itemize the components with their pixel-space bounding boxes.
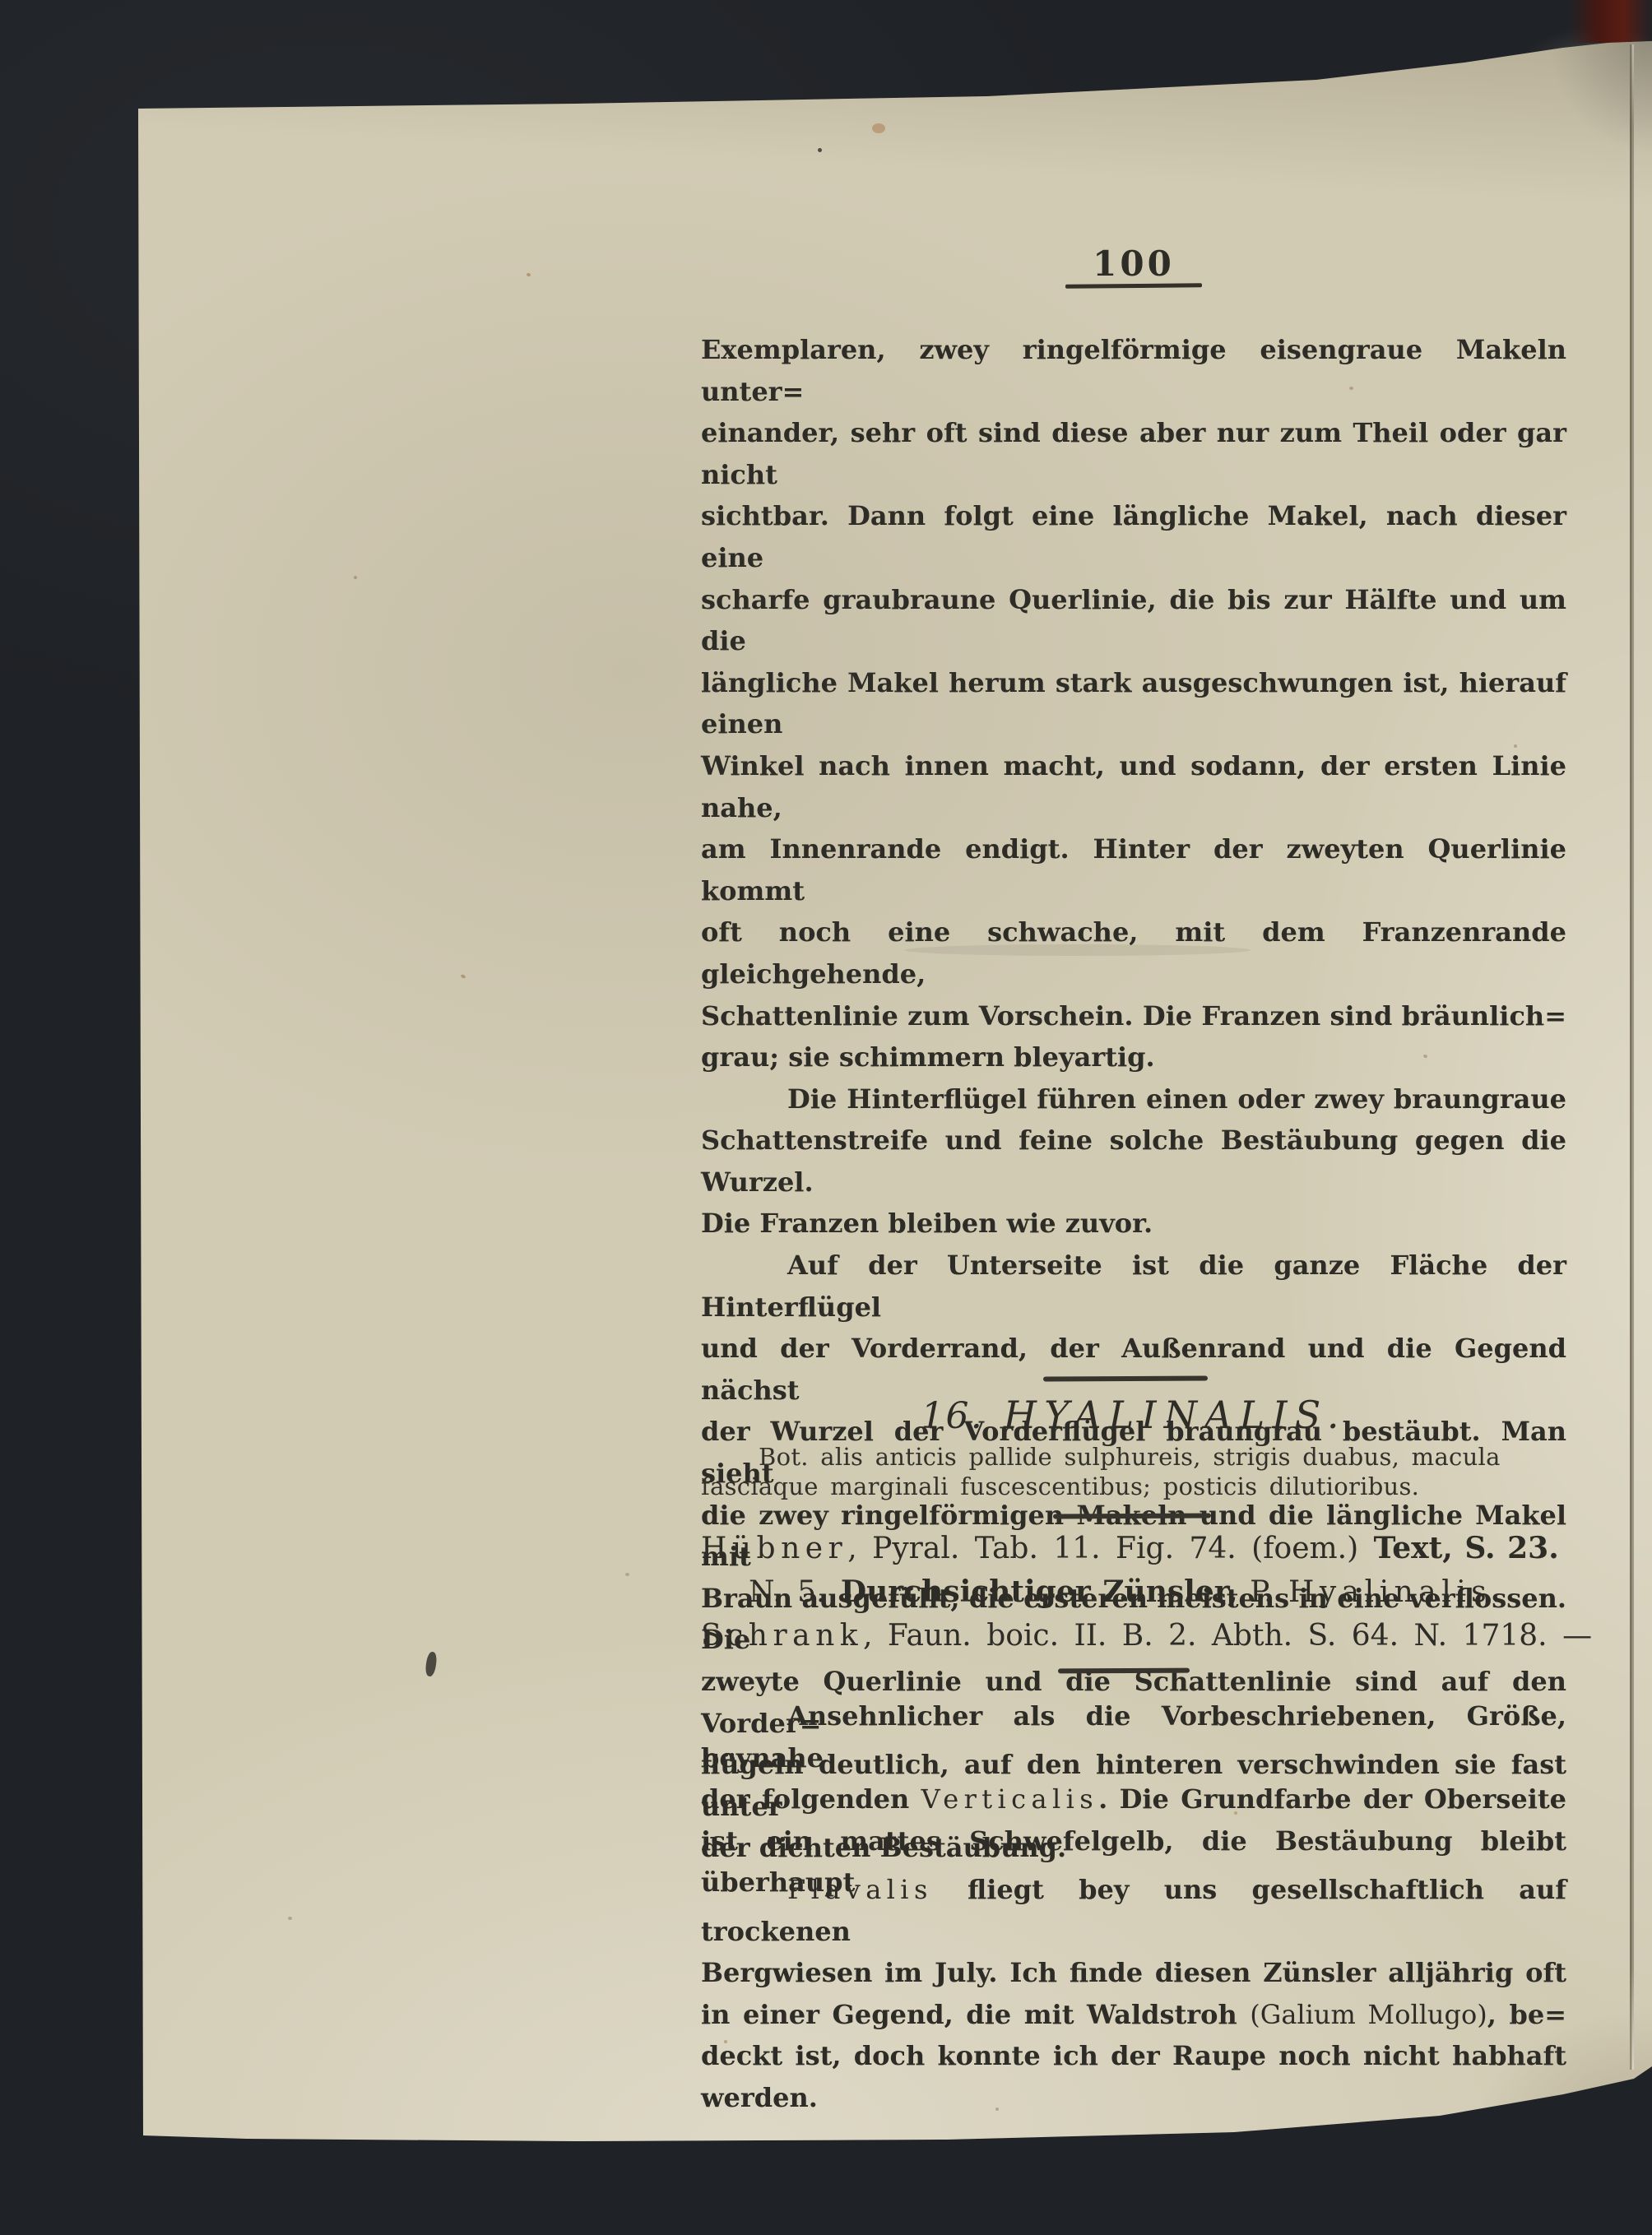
- text-line: Bergwiesen im July. Ich finde diesen Zün…: [701, 1952, 1566, 1994]
- ink-speck: [625, 1573, 629, 1576]
- text-line: einander, sehr oft sind diese aber nur z…: [701, 412, 1566, 495]
- text-line: Schattenlinie zum Vorschein. Die Franzen…: [701, 995, 1566, 1037]
- text-line: Schrank, Faun. boic. II. B. 2. Abth. S. …: [701, 1614, 1566, 1658]
- book-page: 100 Exemplaren, zwey ringelförmige eisen…: [0, 0, 1652, 2235]
- ink-speck: [818, 148, 822, 152]
- species-name: HYALINALIS.: [1004, 1393, 1347, 1437]
- ink-speck: [1349, 387, 1353, 390]
- text-line: sichtbar. Dann folgt eine längliche Make…: [701, 495, 1566, 578]
- section-divider-top-rule: [1043, 1375, 1208, 1381]
- text-line: Winkel nach innen macht, und sodann, der…: [701, 745, 1566, 828]
- page-edge-crease: [1630, 44, 1634, 2070]
- ink-speck: [425, 1651, 438, 1676]
- text-line: der folgenden Verticalis. Die Grundfarbe…: [701, 1778, 1566, 1820]
- text-line: N. 5. Durchsichtiger Zünsler, P. Hyalina…: [701, 1570, 1566, 1614]
- text-line: Auf der Unterseite ist die ganze Fläche …: [701, 1245, 1566, 1328]
- text-line: am Innenrande endigt. Hinter der zweyten…: [701, 828, 1566, 911]
- species-number: 16.: [921, 1395, 984, 1437]
- book-cover-sliver: [1570, 0, 1652, 43]
- ink-speck: [724, 2040, 727, 2043]
- text-line: Schattenstreife und feine solche Bestäub…: [701, 1120, 1566, 1203]
- species-heading: 16.HYALINALIS.: [701, 1393, 1566, 1445]
- text-line: Exemplaren, zwey ringelförmige eisengrau…: [701, 329, 1566, 412]
- page-number-block: 100: [701, 246, 1566, 288]
- ink-speck: [354, 576, 357, 579]
- text-line: Die Hinterflügel führen einen oder zwey …: [701, 1078, 1566, 1120]
- reference-citations: Hübner, Pyral. Tab. 11. Fig. 74. (foem.)…: [701, 1527, 1566, 1658]
- description-paragraph: Ansehnlicher als die Vorbeschriebenen, G…: [701, 1695, 1566, 1903]
- text-line: scharfe graubraune Querlinie, die bis zu…: [701, 579, 1566, 662]
- scanned-book-photo: 100 Exemplaren, zwey ringelförmige eisen…: [0, 0, 1652, 2235]
- text-line: Hübner, Pyral. Tab. 11. Fig. 74. (foem.)…: [701, 1527, 1566, 1570]
- latin-diagnosis: Bot. alis anticis pallide sulphureis, st…: [701, 1442, 1566, 1501]
- text-line: fasciaque marginali fuscescentibus; post…: [701, 1472, 1566, 1501]
- ink-speck: [460, 974, 466, 979]
- ink-speck: [872, 123, 885, 133]
- references-divider-rule: [1058, 1668, 1190, 1674]
- text-line: Die Franzen bleiben wie zuvor.: [701, 1203, 1566, 1245]
- text-line: Ansehnlicher als die Vorbeschriebenen, G…: [701, 1695, 1566, 1778]
- text-line: grau; sie schimmern bleyartig.: [701, 1036, 1566, 1078]
- ink-speck: [995, 2107, 999, 2111]
- ink-speck: [526, 272, 531, 276]
- text-line: längliche Makel herum stark ausgeschwung…: [701, 662, 1566, 745]
- text-line: Bot. alis anticis pallide sulphureis, st…: [701, 1442, 1566, 1472]
- text-line: in einer Gegend, die mit Waldstroh (Gali…: [701, 1994, 1566, 2036]
- ink-speck: [905, 944, 1251, 956]
- ink-speck: [1514, 744, 1517, 748]
- page-number-underline: [1065, 283, 1202, 288]
- ink-speck: [1234, 1811, 1237, 1815]
- diagnosis-divider-rule: [1053, 1513, 1211, 1519]
- ink-speck: [288, 1917, 292, 1920]
- text-line: deckt ist, doch konnte ich der Raupe noc…: [701, 2035, 1566, 2118]
- text-line: ist ein mattes Schwefelgelb, die Bestäub…: [701, 1820, 1566, 1903]
- page-number: 100: [1093, 246, 1175, 282]
